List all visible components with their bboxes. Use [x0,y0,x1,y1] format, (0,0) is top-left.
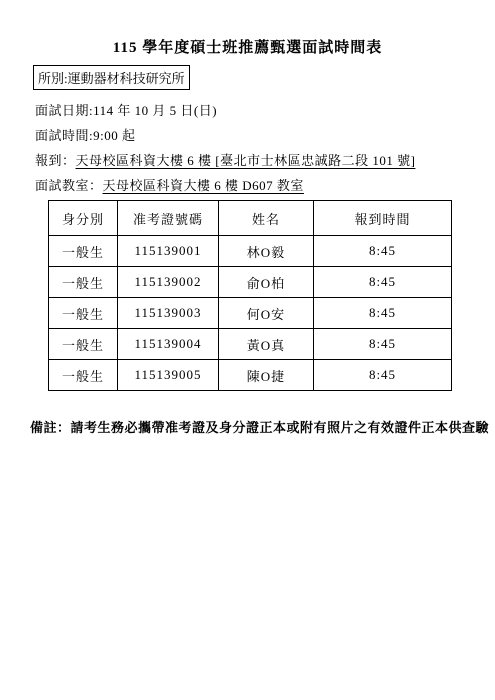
table-row: 一般生 115139004 黃O真 8:45 [49,329,452,360]
cell-name: 陳O捷 [219,360,314,391]
table-row: 一般生 115139002 俞O柏 8:45 [49,267,452,298]
cell-ticket-number: 115139001 [118,236,219,267]
header-name: 姓名 [219,201,314,236]
table-row: 一般生 115139001 林O毅 8:45 [49,236,452,267]
checkin-location-text: 天母校區科資大樓 6 樓 [臺北市士林區忠誠路二段 101 號] [76,153,416,168]
table-header-row: 身分別 准考證號碼 姓名 報到時間 [49,201,452,236]
cell-identity: 一般生 [49,329,118,360]
classroom-line: 面試教室：天母校區科資大樓 6 樓 D607 教室 [35,177,495,194]
checkin-location-line: 報到：天母校區科資大樓 6 樓 [臺北市士林區忠誠路二段 101 號] [35,152,495,169]
header-checkin-time: 報到時間 [314,201,452,236]
cell-name: 何O安 [219,298,314,329]
cell-checkin-time: 8:45 [314,298,452,329]
interview-schedule-table: 身分別 准考證號碼 姓名 報到時間 一般生 115139001 林O毅 8:45… [48,200,452,391]
header-ticket-number: 准考證號碼 [118,201,219,236]
checkin-label: 報到： [35,153,76,168]
table-row: 一般生 115139005 陳O捷 8:45 [49,360,452,391]
cell-ticket-number: 115139002 [118,267,219,298]
interview-time-text: 面試時間:9:00 起 [35,128,135,143]
cell-identity: 一般生 [49,298,118,329]
cell-identity: 一般生 [49,267,118,298]
interview-time-line: 面試時間:9:00 起 [35,127,495,144]
cell-checkin-time: 8:45 [314,267,452,298]
note-text: 備註：請考生務必攜帶准考證及身分證正本或附有照片之有效證件正本供查驗 [30,417,495,436]
cell-ticket-number: 115139003 [118,298,219,329]
document-page: 115 學年度碩士班推薦甄選面試時間表 所別:運動器材科技研究所 面試日期:11… [0,0,495,700]
cell-ticket-number: 115139005 [118,360,219,391]
department-box: 所別:運動器材科技研究所 [33,65,190,90]
cell-checkin-time: 8:45 [314,236,452,267]
table-row: 一般生 115139003 何O安 8:45 [49,298,452,329]
cell-checkin-time: 8:45 [314,360,452,391]
cell-name: 林O毅 [219,236,314,267]
interview-date-line: 面試日期:114 年 10 月 5 日(日) [35,102,495,119]
page-title: 115 學年度碩士班推薦甄選面試時間表 [0,0,495,57]
classroom-label: 面試教室： [35,178,103,193]
cell-identity: 一般生 [49,236,118,267]
interview-date-text: 面試日期:114 年 10 月 5 日(日) [35,103,217,118]
cell-name: 俞O柏 [219,267,314,298]
cell-checkin-time: 8:45 [314,329,452,360]
cell-identity: 一般生 [49,360,118,391]
classroom-text: 天母校區科資大樓 6 樓 D607 教室 [103,178,304,193]
cell-ticket-number: 115139004 [118,329,219,360]
header-identity: 身分別 [49,201,118,236]
cell-name: 黃O真 [219,329,314,360]
